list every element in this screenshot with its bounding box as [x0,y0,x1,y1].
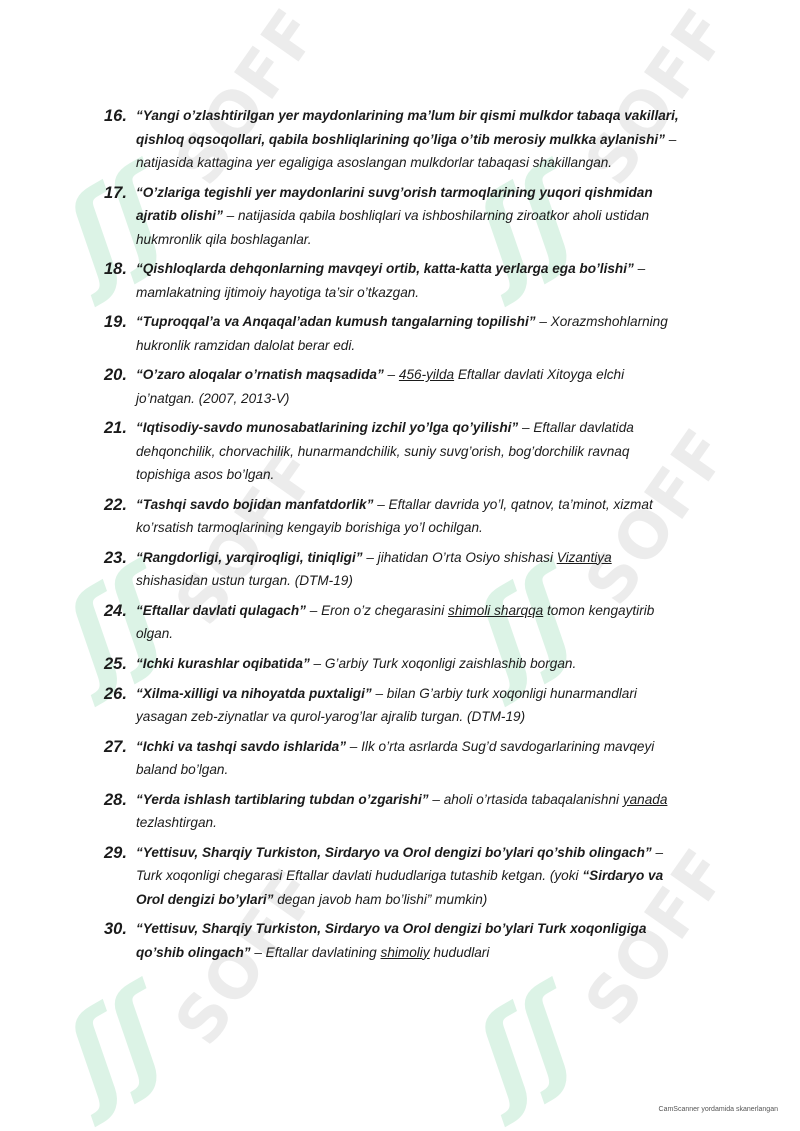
item-text: “Rangdorligi, yarqiroqligi, tiniqligi” –… [136,546,684,593]
item-number: 20. [104,363,136,410]
text-span: – G’arbiy Turk xoqonligi zaishlashib bor… [310,656,576,671]
list-item: 18.“Qishloqlarda dehqonlarning mavqeyi o… [104,257,684,304]
underlined-text: 456-yilda [399,367,454,382]
quoted-phrase: “Yangi o’zlashtirilgan yer maydonlarinin… [136,108,679,147]
quoted-phrase: “Xilma-xilligi va nihoyatda puxtaligi” [136,686,372,701]
item-text: “Yettisuv, Sharqiy Turkiston, Sirdaryo v… [136,917,684,964]
item-number: 26. [104,682,136,729]
list-item: 21.“Iqtisodiy-savdo munosabatlarining iz… [104,416,684,487]
item-number: 19. [104,310,136,357]
text-span: – jihatidan O’rta Osiyo shishasi [363,550,557,565]
item-text: “Xilma-xilligi va nihoyatda puxtaligi” –… [136,682,684,729]
text-span: – [384,367,399,382]
item-text: “Iqtisodiy-savdo munosabatlarining izchi… [136,416,684,487]
list-item: 28.“Yerda ishlash tartiblaring tubdan o’… [104,788,684,835]
list-item: 25.“Ichki kurashlar oqibatida” – G’arbiy… [104,652,684,676]
text-span: – Eftallar davlatining [251,945,381,960]
item-text: “Eftallar davlati qulagach” – Eron o’z c… [136,599,684,646]
quoted-phrase: “Eftallar davlati qulagach” [136,603,306,618]
quoted-phrase: “Tuproqqal’a va Anqaqal’adan kumush tang… [136,314,536,329]
list-item: 22.“Tashqi savdo bojidan manfatdorlik” –… [104,493,684,540]
text-span: tezlashtirgan. [136,815,217,830]
item-text: “O’zaro aloqalar o’rnatish maqsadida” – … [136,363,684,410]
answer-list: 16.“Yangi o’zlashtirilgan yer maydonlari… [104,104,684,970]
item-number: 18. [104,257,136,304]
text-span: shishasidan ustun turgan. (DTM-19) [136,573,353,588]
list-item: 16.“Yangi o’zlashtirilgan yer maydonlari… [104,104,684,175]
item-text: “Yerda ishlash tartiblaring tubdan o’zga… [136,788,684,835]
item-number: 25. [104,652,136,676]
item-number: 28. [104,788,136,835]
item-text: “O’zlariga tegishli yer maydonlarini suv… [136,181,684,252]
text-span: degan javob ham bo’lishi” mumkin) [273,892,487,907]
text-span: hududlari [430,945,490,960]
item-text: “Tashqi savdo bojidan manfatdorlik” – Ef… [136,493,684,540]
quoted-phrase: “Ichki va tashqi savdo ishlarida” [136,739,346,754]
item-number: 22. [104,493,136,540]
text-span: – aholi o’rtasida tabaqalanishni [429,792,623,807]
list-item: 19.“Tuproqqal’a va Anqaqal’adan kumush t… [104,310,684,357]
underlined-text: shimoli sharqqa [448,603,543,618]
item-text: “Yangi o’zlashtirilgan yer maydonlarinin… [136,104,684,175]
watermark-logo-icon: ʃʃ [44,966,187,1123]
item-number: 17. [104,181,136,252]
item-number: 21. [104,416,136,487]
item-text: “Tuproqqal’a va Anqaqal’adan kumush tang… [136,310,684,357]
quoted-phrase: “Yerda ishlash tartiblaring tubdan o’zga… [136,792,429,807]
underlined-text: shimoliy [381,945,430,960]
list-item: 29.“Yettisuv, Sharqiy Turkiston, Sirdary… [104,841,684,912]
list-item: 23.“Rangdorligi, yarqiroqligi, tiniqligi… [104,546,684,593]
list-item: 26.“Xilma-xilligi va nihoyatda puxtaligi… [104,682,684,729]
quoted-phrase: “Iqtisodiy-savdo munosabatlarining izchi… [136,420,518,435]
quoted-phrase: “Rangdorligi, yarqiroqligi, tiniqligi” [136,550,363,565]
quoted-phrase: “Qishloqlarda dehqonlarning mavqeyi orti… [136,261,634,276]
list-item: 24.“Eftallar davlati qulagach” – Eron o’… [104,599,684,646]
underlined-text: Vizantiya [557,550,612,565]
scanner-footer: CamScanner yordamida skanerlangan [659,1106,778,1113]
item-text: “Yettisuv, Sharqiy Turkiston, Sirdaryo v… [136,841,684,912]
underlined-text: yanada [623,792,668,807]
quoted-phrase: “Tashqi savdo bojidan manfatdorlik” [136,497,373,512]
quoted-phrase: “Ichki kurashlar oqibatida” [136,656,310,671]
item-text: “Ichki va tashqi savdo ishlarida” – Ilk … [136,735,684,782]
item-text: “Ichki kurashlar oqibatida” – G’arbiy Tu… [136,652,684,676]
item-text: “Qishloqlarda dehqonlarning mavqeyi orti… [136,257,684,304]
quoted-phrase: “O’zaro aloqalar o’rnatish maqsadida” [136,367,384,382]
list-item: 20.“O’zaro aloqalar o’rnatish maqsadida”… [104,363,684,410]
item-number: 23. [104,546,136,593]
item-number: 16. [104,104,136,175]
item-number: 24. [104,599,136,646]
item-number: 29. [104,841,136,912]
quoted-phrase: “Yettisuv, Sharqiy Turkiston, Sirdaryo v… [136,845,652,860]
item-number: 27. [104,735,136,782]
list-item: 27.“Ichki va tashqi savdo ishlarida” – I… [104,735,684,782]
list-item: 30.“Yettisuv, Sharqiy Turkiston, Sirdary… [104,917,684,964]
item-number: 30. [104,917,136,964]
list-item: 17.“O’zlariga tegishli yer maydonlarini … [104,181,684,252]
text-span: – Eron o’z chegarasini [306,603,448,618]
watermark-logo-icon: ʃʃ [454,966,597,1123]
